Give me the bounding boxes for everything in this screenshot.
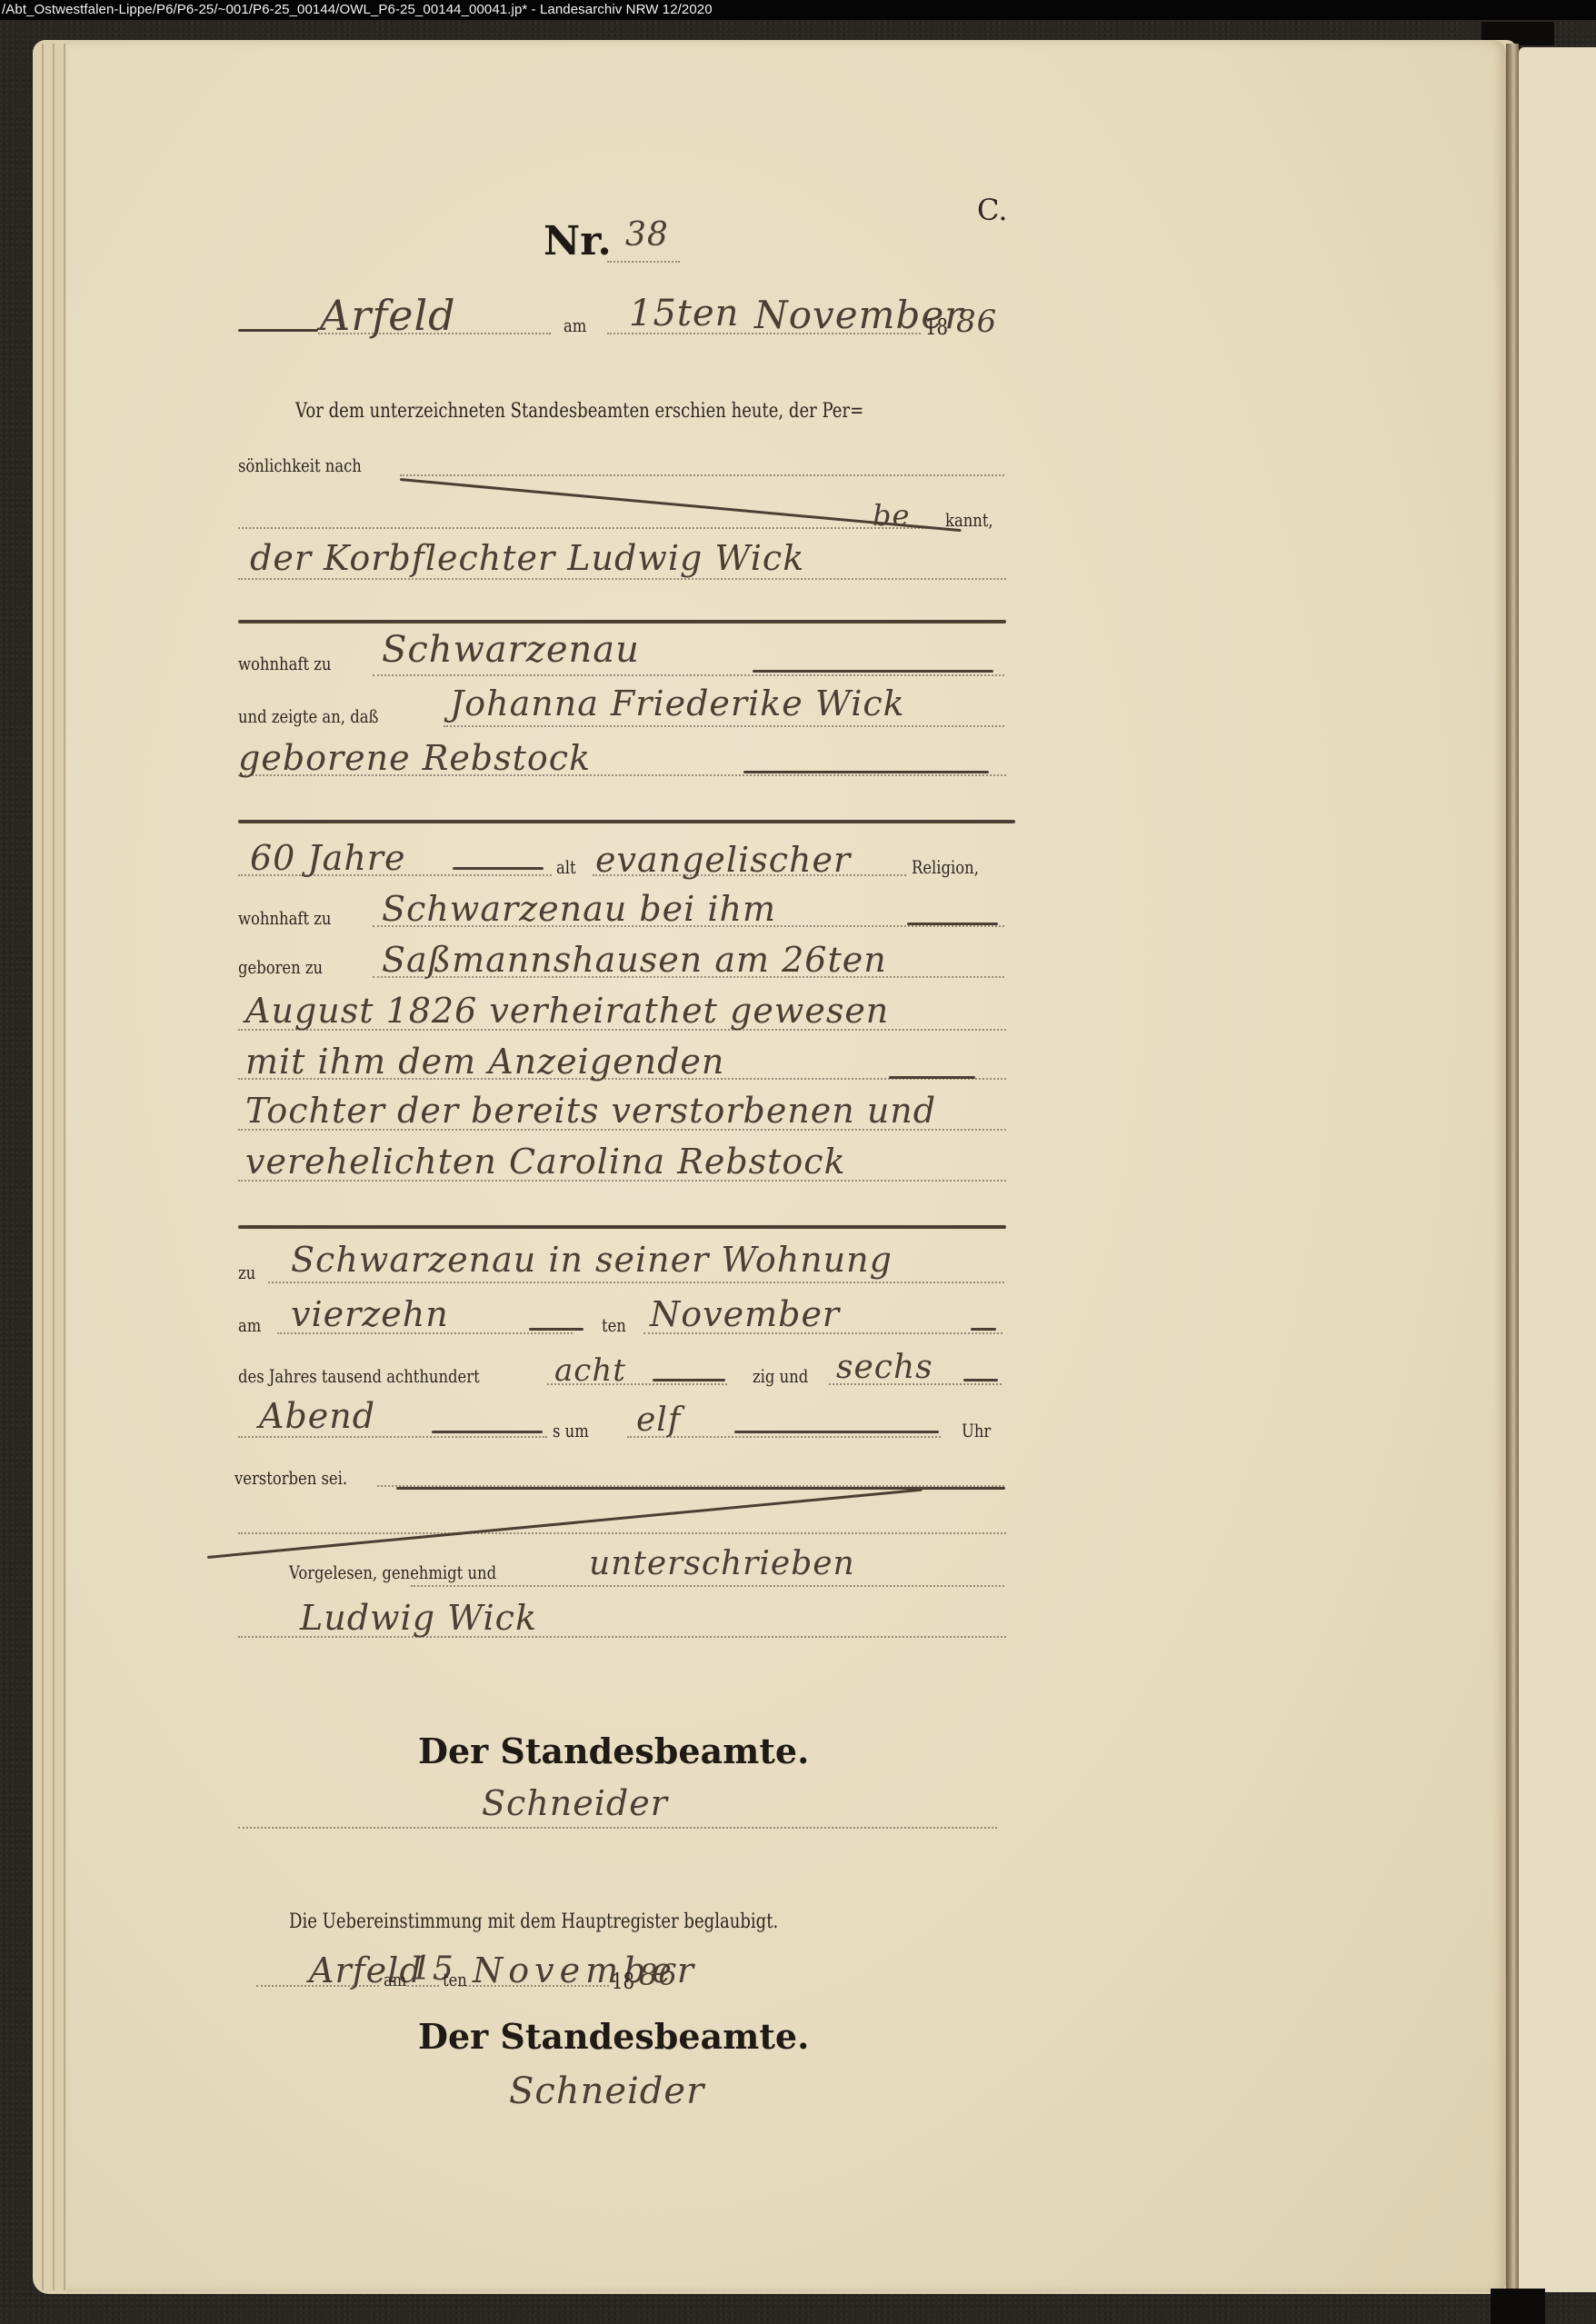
cert-place-dotline <box>256 1985 379 1987</box>
uhr-label: Uhr <box>962 1420 991 1441</box>
residence-value: Schwarzenau <box>382 629 640 671</box>
place-dotline <box>318 333 551 334</box>
date-month-value: November <box>650 1294 840 1334</box>
announce-label: und zeigte an, daß <box>238 705 378 727</box>
cert-year-suffix: 86 <box>639 1958 678 1992</box>
time-dotline <box>238 1436 547 1438</box>
cert-am: am <box>384 1969 406 1990</box>
residence-rule <box>753 670 993 673</box>
deceased-dotline <box>444 725 1004 727</box>
year-tens-rule <box>653 1379 725 1381</box>
declarant-dotline <box>238 578 1006 580</box>
place-value: Schwarzenau in seiner Wohnung <box>291 1240 893 1280</box>
read-dotline <box>411 1585 1004 1587</box>
birthname-dotline <box>238 774 1006 776</box>
number-dotline <box>607 261 680 263</box>
read-value: unterschrieben <box>589 1545 855 1582</box>
known-hand-prefix: be <box>873 498 910 533</box>
header-am: am <box>564 314 586 336</box>
date-dotline <box>607 333 921 334</box>
residence2-value: Schwarzenau bei ihm <box>382 889 776 929</box>
time-value: Abend <box>259 1396 375 1436</box>
extra-line-4: verehelichten Carolina Rebstock <box>245 1142 846 1182</box>
extra-dotline-3 <box>238 1129 1006 1131</box>
extra-rule-2 <box>889 1076 975 1079</box>
hour-value: elf <box>636 1401 681 1439</box>
year-units-value: sechs <box>836 1349 933 1386</box>
form-type-label: C. <box>977 193 1008 227</box>
known-dotline <box>238 527 938 529</box>
known-label: kannt, <box>945 509 993 531</box>
zig-label: zig und <box>753 1365 808 1387</box>
date-day-rule <box>529 1328 584 1331</box>
residence2-label: wohnhaft zu <box>238 907 331 929</box>
date-month-rule <box>971 1328 996 1331</box>
cert-registrar-heading: Der Standesbeamte. <box>418 2016 809 2057</box>
intro-line-2: sönlichkeit nach <box>238 454 362 476</box>
section-rule-2 <box>238 1225 1006 1229</box>
residence-label: wohnhaft zu <box>238 653 331 674</box>
extra-line-1: August 1826 verheirathet gewesen <box>245 991 889 1031</box>
certification-text: Die Uebereinstimmung mit dem Hauptregist… <box>289 1910 778 1933</box>
signature-dotline <box>238 1636 1006 1638</box>
alt-label: alt <box>556 856 576 878</box>
cert-month-dotline <box>459 1985 609 1987</box>
age-value: 60 Jahre <box>250 838 405 878</box>
registrar-heading: Der Standesbeamte. <box>418 1731 809 1771</box>
place-label: zu <box>238 1262 255 1283</box>
died-label: verstorben sei. <box>234 1467 347 1489</box>
section-rule-1 <box>238 820 1015 823</box>
intro-dotline <box>400 474 1004 476</box>
read-label: Vorgelesen, genehmigt und <box>289 1561 496 1583</box>
registrar-dotline <box>238 1827 997 1829</box>
hour-rule <box>734 1431 939 1433</box>
time-s-label: s um <box>553 1420 589 1441</box>
header-dash <box>238 329 318 332</box>
year-tens-dotline <box>547 1383 727 1385</box>
declarant-signature: Ludwig Wick <box>300 1598 537 1638</box>
birthname-rule <box>743 771 989 773</box>
died-dotline-2 <box>238 1532 1006 1534</box>
extra-line-2: mit ihm dem Anzeigenden <box>245 1042 724 1082</box>
born-value: Saßmannshausen am 26ten <box>382 940 887 980</box>
number-label: Nr. <box>544 218 612 264</box>
cert-registrar-signature: Schneider <box>509 2070 704 2112</box>
registrar-signature: Schneider <box>482 1783 668 1823</box>
declarant-name: der Korbflechter Ludwig Wick <box>250 538 804 578</box>
header-year-suffix: 86 <box>956 304 997 340</box>
extra-line-3: Tochter der bereits verstorbenen und <box>245 1091 936 1131</box>
residence2-dotline <box>373 925 1004 927</box>
religion-dotline <box>593 874 906 876</box>
place-dotline <box>268 1282 1004 1283</box>
date-day-dotline <box>277 1332 573 1334</box>
cert-year-prefix: 18 <box>612 1969 634 1994</box>
hour-dotline <box>627 1436 941 1438</box>
year-units-rule <box>963 1379 998 1381</box>
year-text-label: des Jahres tausend achthundert <box>238 1365 480 1387</box>
time-rule <box>432 1431 543 1433</box>
intro-line-1: Vor dem unterzeichneten Standesbeamten e… <box>295 400 863 423</box>
deceased-birthname: geborene Rebstock <box>238 738 591 778</box>
age-dotline <box>238 874 552 876</box>
extra-dotline-1 <box>238 1029 1006 1031</box>
year-units-dotline <box>829 1383 1002 1385</box>
born-label: geboren zu <box>238 956 323 978</box>
age-rule <box>453 867 544 870</box>
cert-ten: ten <box>443 1969 467 1990</box>
date-month-dotline <box>643 1332 1002 1334</box>
date-am-label: am <box>238 1314 261 1336</box>
death-register-form: C. Nr. 38 Arfeld am 15ten November 18 86… <box>0 0 1596 2324</box>
cert-day-dotline <box>407 1985 439 1987</box>
number-value: 38 <box>625 216 669 254</box>
date-day-value: vierzehn <box>291 1294 449 1334</box>
date-ten-label: ten <box>602 1314 626 1336</box>
religion-label: Religion, <box>912 856 979 878</box>
deceased-name: Johanna Friederike Wick <box>450 683 905 723</box>
declarant-rule <box>238 620 1006 623</box>
extra-dotline-4 <box>238 1180 1006 1182</box>
header-year-prefix: 18 <box>925 314 948 340</box>
residence2-rule <box>907 923 998 925</box>
residence-dotline <box>373 674 1004 676</box>
born-dotline <box>373 976 1004 978</box>
header-day: 15ten <box>629 293 739 334</box>
